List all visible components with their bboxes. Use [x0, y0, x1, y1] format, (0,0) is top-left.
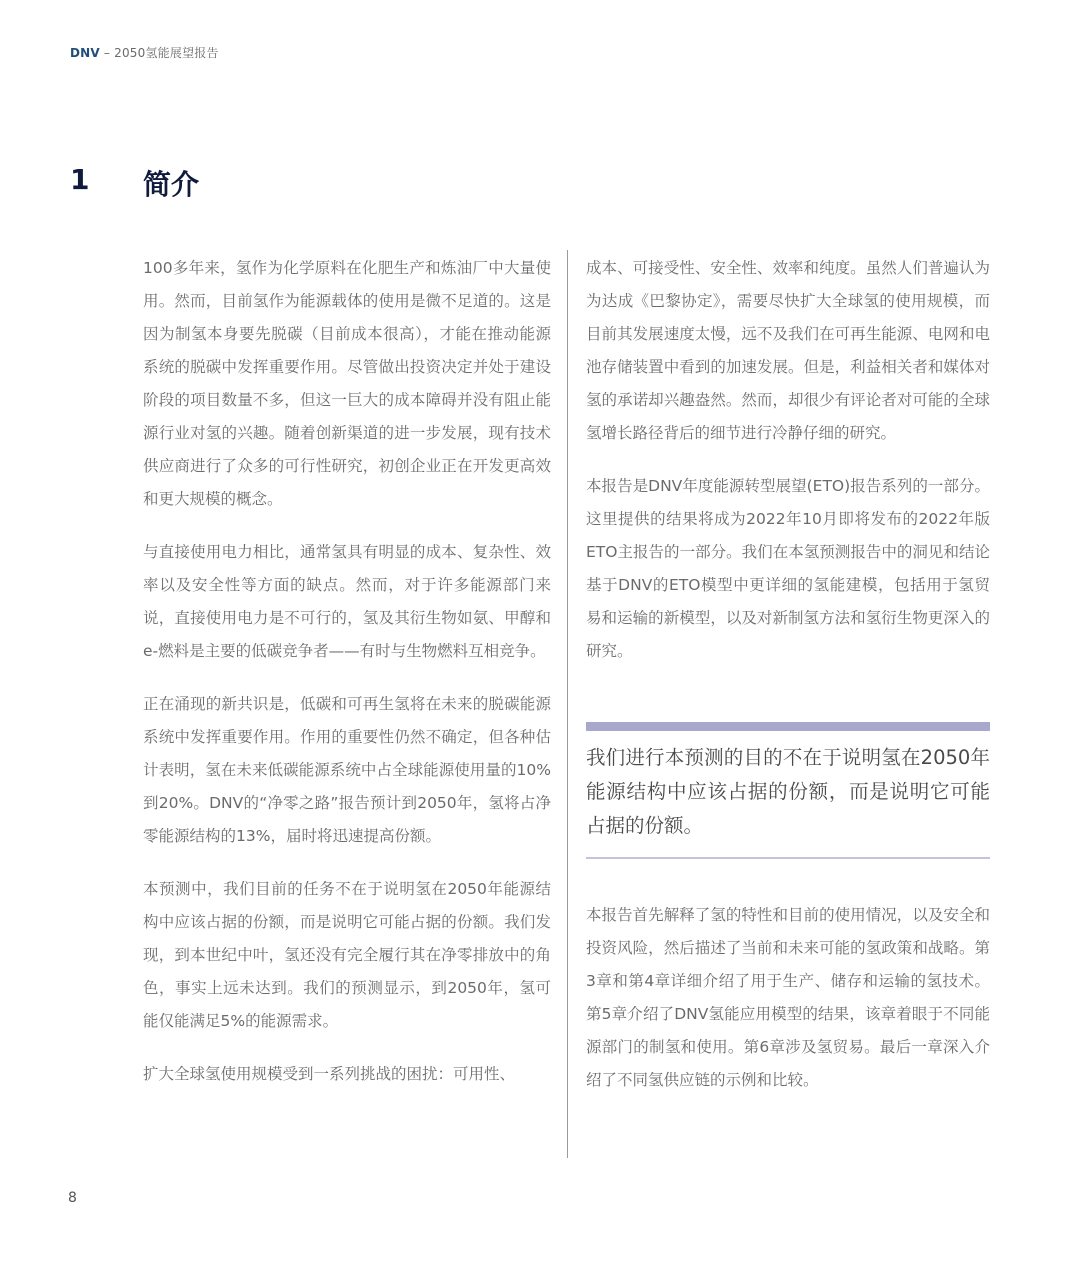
paragraph: 100多年来，氢作为化学原料在化肥生产和炼油厂中大量使用。然而，目前氢作为能源载… — [143, 252, 551, 516]
paragraph: 成本、可接受性、安全性、效率和纯度。虽然人们普遍认为为达成《巴黎协定》，需要尽快… — [586, 252, 990, 450]
pull-quote: 我们进行本预测的目的不在于说明氢在2050年能源结构中应该占据的份额，而是说明它… — [586, 722, 990, 859]
chapter-number: 1 — [70, 163, 89, 196]
paragraph: 扩大全球氢使用规模受到一系列挑战的困扰：可用性、 — [143, 1058, 551, 1091]
paragraph: 与直接使用电力相比，通常氢具有明显的成本、复杂性、效率以及安全性等方面的缺点。然… — [143, 536, 551, 668]
running-header: DNV – 2050氢能展望报告 — [70, 44, 219, 61]
paragraph: 本报告首先解释了氢的特性和目前的使用情况，以及安全和投资风险，然后描述了当前和未… — [586, 899, 990, 1097]
paragraph: 本预测中，我们目前的任务不在于说明氢在2050年能源结构中应该占据的份额，而是说… — [143, 873, 551, 1038]
paragraph: 本报告是DNV年度能源转型展望(ETO)报告系列的一部分。这里提供的结果将成为2… — [586, 470, 990, 668]
paragraph: 正在涌现的新共识是，低碳和可再生氢将在未来的脱碳能源系统中发挥重要作用。作用的重… — [143, 688, 551, 853]
page-number: 8 — [68, 1190, 77, 1206]
right-column: 成本、可接受性、安全性、效率和纯度。虽然人们普遍认为为达成《巴黎协定》，需要尽快… — [586, 252, 990, 1117]
header-separator: – — [100, 46, 114, 60]
left-column: 100多年来，氢作为化学原料在化肥生产和炼油厂中大量使用。然而，目前氢作为能源载… — [143, 252, 551, 1111]
brand-name: DNV — [70, 46, 100, 60]
report-title: 2050氢能展望报告 — [114, 46, 219, 60]
pull-quote-text: 我们进行本预测的目的不在于说明氢在2050年能源结构中应该占据的份额，而是说明它… — [586, 741, 990, 843]
column-divider — [567, 250, 568, 1158]
chapter-title: 简介 — [143, 163, 199, 203]
